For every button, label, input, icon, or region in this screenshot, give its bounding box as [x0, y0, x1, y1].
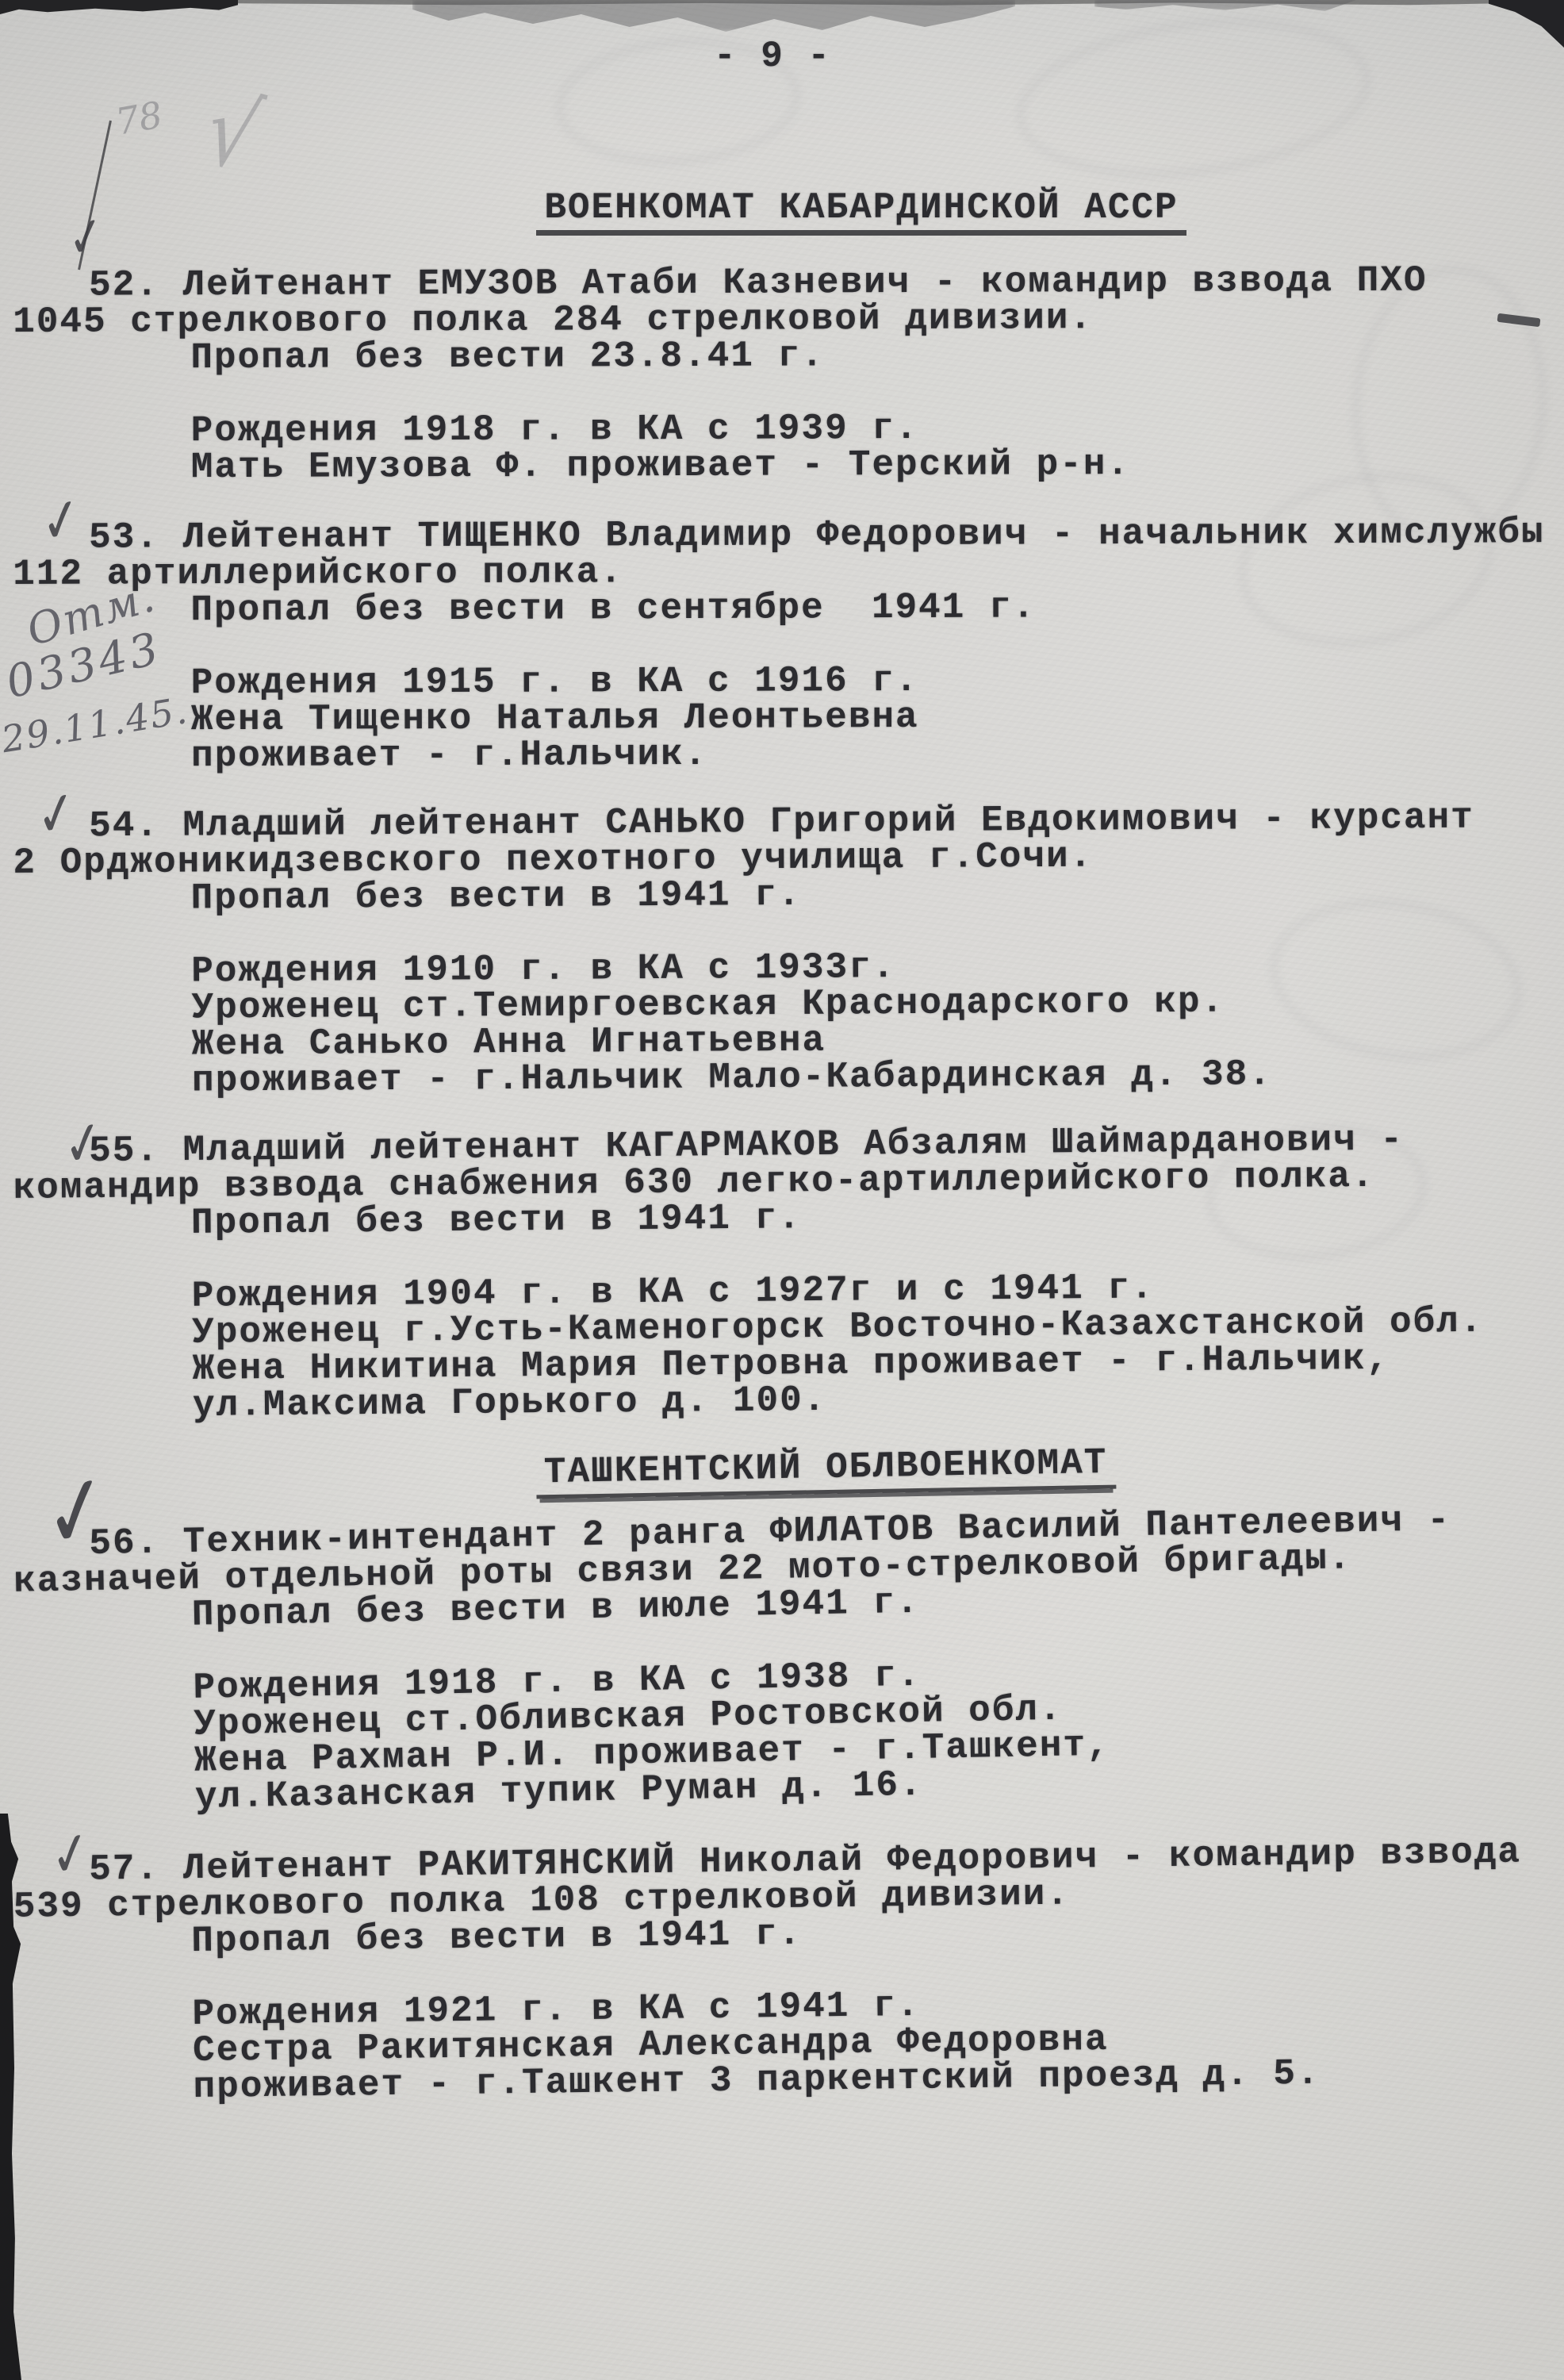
entry-line: проживает - г.Нальчик Мало-Кабардинская … [192, 1054, 1564, 1100]
checkmark-icon: ✓ [37, 488, 86, 555]
entry-57: ✓ 57. Лейтенант РАКИТЯНСКИЙ Николай Федо… [0, 1833, 1564, 2108]
entry-line: 53. Лейтенант ТИЩЕНКО Владимир Федорович… [89, 514, 1564, 555]
entry-55: ✓ 55. Младший лейтенант КАГАРМАКОВ Абзал… [0, 1120, 1564, 1426]
entry-line: 112 артиллерийского полка. [13, 551, 1564, 593]
entry-line: 1045 стрелкового полка 284 стрелковой ди… [13, 298, 1564, 340]
entry-53: ✓ Отм. 03343 29.11.45. 53. Лейтенант ТИЩ… [0, 514, 1564, 775]
checkmark-icon: ✓ [37, 1457, 117, 1567]
section-heading-wrap: ВОЕНКОМАТ КАБАРДИНСКОЙ АССР [79, 190, 1564, 236]
section-heading: ВОЕНКОМАТ КАБАРДИНСКОЙ АССР [536, 190, 1186, 236]
entry-56: ✓ 56. Техник-интендант 2 ранга ФИЛАТОВ В… [0, 1500, 1564, 1819]
section-heading-wrap: ТАШКЕНТСКИЙ ОБЛВОЕНКОМАТ [44, 1449, 1564, 1494]
checkmark-icon: ✓ [65, 208, 109, 268]
section-heading: ТАШКЕНТСКИЙ ОБЛВОЕНКОМАТ [535, 1445, 1115, 1499]
entry-line: Пропал без вести 23.8.41 г. [190, 335, 1564, 376]
entry-line: Мать Емузова Ф. проживает - Терский р-н. [191, 444, 1564, 486]
entry-line: Рождения 1918 г. в КА с 1939 г. [191, 408, 1564, 449]
typewritten-content: - 9 - ВОЕНКОМАТ КАБАРДИНСКОЙ АССР ✓ 52. … [0, 0, 1564, 2380]
entry-line: Жена Тищенко Наталья Леонтьевна [191, 697, 1564, 738]
checkmark-icon: ✓ [47, 1821, 96, 1888]
entry-line: Рождения 1915 г. в КА с 1916 г. [191, 660, 1564, 701]
entry-line: Пропал без вести в сентябре 1941 г. [190, 587, 1564, 628]
entry-line: проживает - г.Нальчик. [191, 733, 1564, 774]
scanned-document-page: 78 √ - 9 - ВОЕНКОМАТ КАБАРДИНСКОЙ АССР ✓… [0, 0, 1564, 2380]
entry-54: ✓ 54. Младший лейтенант САНЬКО Григорий … [0, 799, 1564, 1100]
checkmark-icon: ✓ [59, 1111, 109, 1177]
entry-line: 52. Лейтенант ЕМУЗОВ Атаби Казневич - ко… [89, 262, 1564, 303]
entry-52: ✓ 52. Лейтенант ЕМУЗОВ Атаби Казневич - … [0, 262, 1564, 486]
page-number: - 9 - [0, 38, 1554, 75]
checkmark-icon: ✓ [33, 781, 82, 848]
